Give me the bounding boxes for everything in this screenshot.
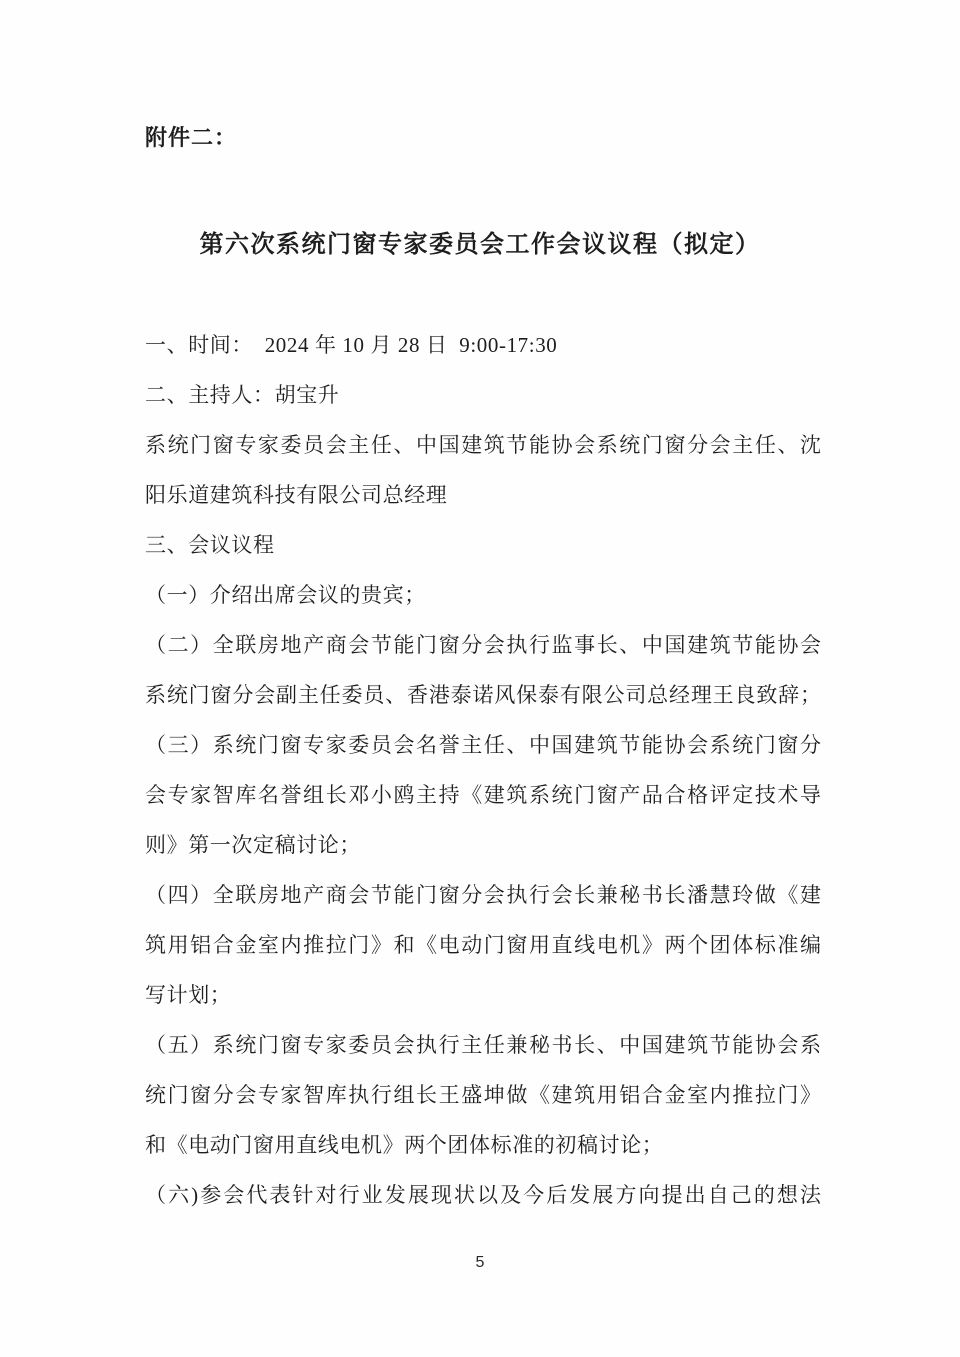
agenda-line: 系统门窗分会副主任委员、香港泰诺风保泰有限公司总经理王良致辞；	[145, 670, 821, 720]
agenda-line-item-3: （三）系统门窗专家委员会名誉主任、中国建筑节能协会系统门窗分	[145, 720, 821, 770]
agenda-line-item-5: （五）系统门窗专家委员会执行主任兼秘书长、中国建筑节能协会系	[145, 1020, 821, 1070]
agenda-line: 筑用铝合金室内推拉门》和《电动门窗用直线电机》两个团体标准编	[145, 920, 821, 970]
agenda-line: 会专家智库名誉组长邓小鸥主持《建筑系统门窗产品合格评定技术导	[145, 770, 821, 820]
attachment-label: 附件二：	[145, 121, 237, 152]
agenda-line-time: 一、时间： 2024 年 10 月 28 日 9:00-17:30	[145, 320, 821, 370]
agenda-line: 和《电动门窗用直线电机》两个团体标准的初稿讨论；	[145, 1120, 821, 1170]
agenda-line-section: 三、会议议程	[145, 520, 821, 570]
agenda-line: 写计划；	[145, 970, 821, 1020]
page-number: 5	[0, 1254, 960, 1272]
agenda-line-item-1: （一）介绍出席会议的贵宾；	[145, 570, 821, 620]
agenda-line-item-2: （二）全联房地产商会节能门窗分会执行监事长、中国建筑节能协会	[145, 620, 821, 670]
agenda-line: 系统门窗专家委员会主任、中国建筑节能协会系统门窗分会主任、沈	[145, 420, 821, 470]
agenda-line: 阳乐道建筑科技有限公司总经理	[145, 470, 821, 520]
agenda-line-item-6: （六)参会代表针对行业发展现状以及今后发展方向提出自己的想法	[145, 1170, 821, 1220]
agenda-line: 统门窗分会专家智库执行组长王盛坤做《建筑用铝合金室内推拉门》	[145, 1070, 821, 1120]
agenda-line: 则》第一次定稿讨论；	[145, 820, 821, 870]
document-page: 附件二： 第六次系统门窗专家委员会工作会议议程（拟定） 一、时间： 2024 年…	[0, 0, 960, 1357]
agenda-line-host: 二、主持人：胡宝升	[145, 370, 821, 420]
document-title: 第六次系统门窗专家委员会工作会议议程（拟定）	[0, 224, 960, 259]
agenda-body: 一、时间： 2024 年 10 月 28 日 9:00-17:30 二、主持人：…	[145, 320, 821, 1220]
agenda-line-item-4: （四）全联房地产商会节能门窗分会执行会长兼秘书长潘慧玲做《建	[145, 870, 821, 920]
